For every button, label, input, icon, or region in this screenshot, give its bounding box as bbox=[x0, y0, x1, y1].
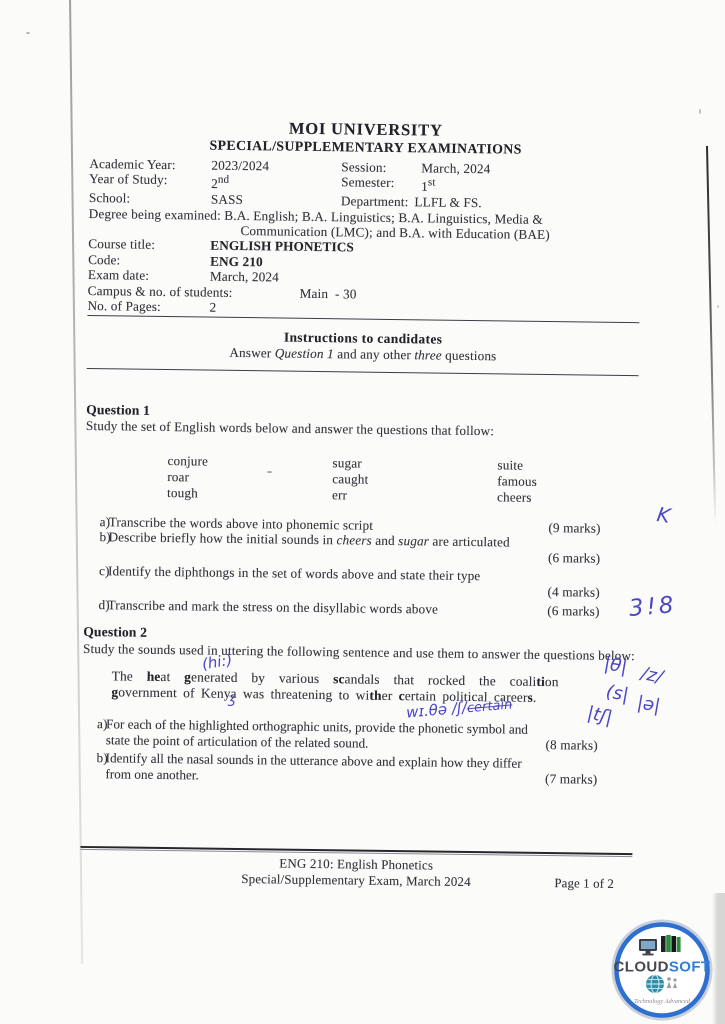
course-title-value: ENGLISH PHONETICS bbox=[210, 238, 354, 255]
pages-label: No. of Pages: bbox=[87, 298, 209, 315]
semester-value: 1st bbox=[421, 176, 436, 195]
page-indicator: Page 1 of 2 bbox=[554, 876, 614, 892]
handwritten-ezh-below-heat: ʒ bbox=[228, 693, 236, 706]
brand-soft: SOFT bbox=[669, 959, 711, 976]
year-of-study-label: Year of Study: bbox=[89, 171, 211, 191]
question1-items: a) Transcribe the words above into phone… bbox=[84, 514, 601, 619]
scan-speck bbox=[717, 305, 719, 308]
brand-name: CLOUDSOFT bbox=[614, 959, 711, 976]
session-value: March, 2024 bbox=[421, 160, 490, 176]
logo-tagline: Technology Advanced bbox=[634, 998, 691, 1005]
ordinal-suffix: nd bbox=[218, 174, 229, 186]
exam-document: MOI UNIVERSITY SPECIAL/SUPPLEMENTARY EXA… bbox=[80, 117, 642, 924]
word-column-3: suite famous cheers bbox=[497, 457, 537, 506]
handwritten-esh-slash: /ʃ/ bbox=[451, 698, 468, 717]
word-column-2: sugar caught err bbox=[332, 455, 498, 505]
footer-text: ENG 210: English Phonetics Special/Suppl… bbox=[80, 853, 632, 891]
question2-items: a) For each of the highlighted orthograp… bbox=[81, 716, 598, 787]
question1-item-d: d) Transcribe and mark the stress on the… bbox=[84, 597, 600, 619]
item-label: b) bbox=[84, 529, 108, 545]
code-label: Code: bbox=[88, 252, 210, 269]
session-label: Session: bbox=[341, 159, 421, 175]
department-value: LLFL & FS. bbox=[414, 194, 482, 210]
word: conjure bbox=[167, 453, 332, 471]
course-title-label: Course title: bbox=[88, 236, 210, 253]
ordinal-suffix: st bbox=[428, 177, 436, 189]
item-marks: (8 marks) bbox=[545, 737, 597, 753]
cloudsoft-logo: CLOUDSOFT Technology Advanced bbox=[611, 919, 714, 1022]
item-marks: (6 marks) bbox=[547, 603, 599, 619]
item-label: c) bbox=[84, 563, 108, 579]
exam-date-value: March, 2024 bbox=[210, 269, 279, 285]
word: suite bbox=[497, 457, 537, 474]
question2-item-a: a) For each of the highlighted orthograp… bbox=[82, 716, 598, 754]
handwritten-symbol-z: /z/ bbox=[639, 665, 664, 687]
item-marks: (7 marks) bbox=[545, 771, 597, 787]
word: err bbox=[332, 487, 497, 505]
word-column-1: conjure roar tough bbox=[167, 453, 333, 503]
question2-item-b: b) Identify all the nasal sounds in the … bbox=[81, 750, 597, 788]
pages-value: 2 bbox=[209, 300, 216, 315]
item-text: Identify all the nasal sounds in the utt… bbox=[105, 750, 602, 787]
code-value: ENG 210 bbox=[210, 253, 263, 269]
item-text: For each of the highlighted orthographic… bbox=[106, 717, 603, 754]
cloudsoft-logo-graphic: CLOUDSOFT Technology Advanced bbox=[611, 919, 714, 1022]
year-of-study-value: 2nd bbox=[211, 173, 341, 193]
word: cheers bbox=[497, 489, 537, 506]
books-icon bbox=[661, 935, 681, 952]
handwritten-symbol-tesh: |tʃ| bbox=[585, 704, 614, 727]
item-label: a) bbox=[85, 514, 109, 530]
campus-value: Main - 30 bbox=[300, 285, 357, 301]
instructions-block: Instructions to candidates Answer Questi… bbox=[87, 326, 639, 366]
word-set: conjure roar tough sugar caught err suit… bbox=[167, 453, 638, 507]
word: sugar bbox=[332, 455, 497, 473]
semester-label: Semester: bbox=[341, 175, 421, 195]
handwritten-score: 3!8 bbox=[628, 594, 677, 621]
scan-page-edge-line-right bbox=[706, 146, 717, 526]
academic-year-value: 2023/2024 bbox=[211, 158, 341, 175]
academic-year-label: Academic Year: bbox=[89, 156, 211, 173]
school-label: School: bbox=[89, 190, 211, 207]
brand-cloud: CLOUD bbox=[614, 959, 669, 976]
divider-rule-instructions bbox=[87, 368, 639, 376]
item-label: d) bbox=[84, 597, 108, 613]
scanned-exam-page: MOI UNIVERSITY SPECIAL/SUPPLEMENTARY EXA… bbox=[0, 0, 725, 1024]
item-marks: (9 marks) bbox=[548, 520, 600, 536]
exam-meta-block: Academic Year: 2023/2024 Session: March,… bbox=[87, 156, 641, 321]
department-label: Department: bbox=[341, 193, 409, 209]
handwritten-grade-letter: K bbox=[656, 504, 672, 526]
item-label: b) bbox=[81, 750, 105, 781]
page-footer: ENG 210: English Phonetics Special/Suppl… bbox=[80, 846, 632, 891]
word: famous bbox=[497, 473, 537, 490]
scan-speck bbox=[26, 32, 30, 34]
scan-speck bbox=[699, 109, 701, 114]
word: tough bbox=[167, 485, 332, 503]
globe-icon bbox=[646, 975, 664, 993]
handwritten-symbol-schwa: |ə| bbox=[636, 694, 662, 716]
exam-date-label: Exam date: bbox=[88, 267, 210, 284]
item-label: a) bbox=[82, 716, 106, 747]
handwritten-symbol-theta: |θ| bbox=[603, 655, 629, 677]
school-value: SASS bbox=[211, 192, 341, 209]
word: caught bbox=[332, 471, 497, 489]
item-text: Transcribe and mark the stress on the di… bbox=[108, 597, 548, 618]
handwritten-symbol-s: (s| bbox=[605, 683, 630, 705]
